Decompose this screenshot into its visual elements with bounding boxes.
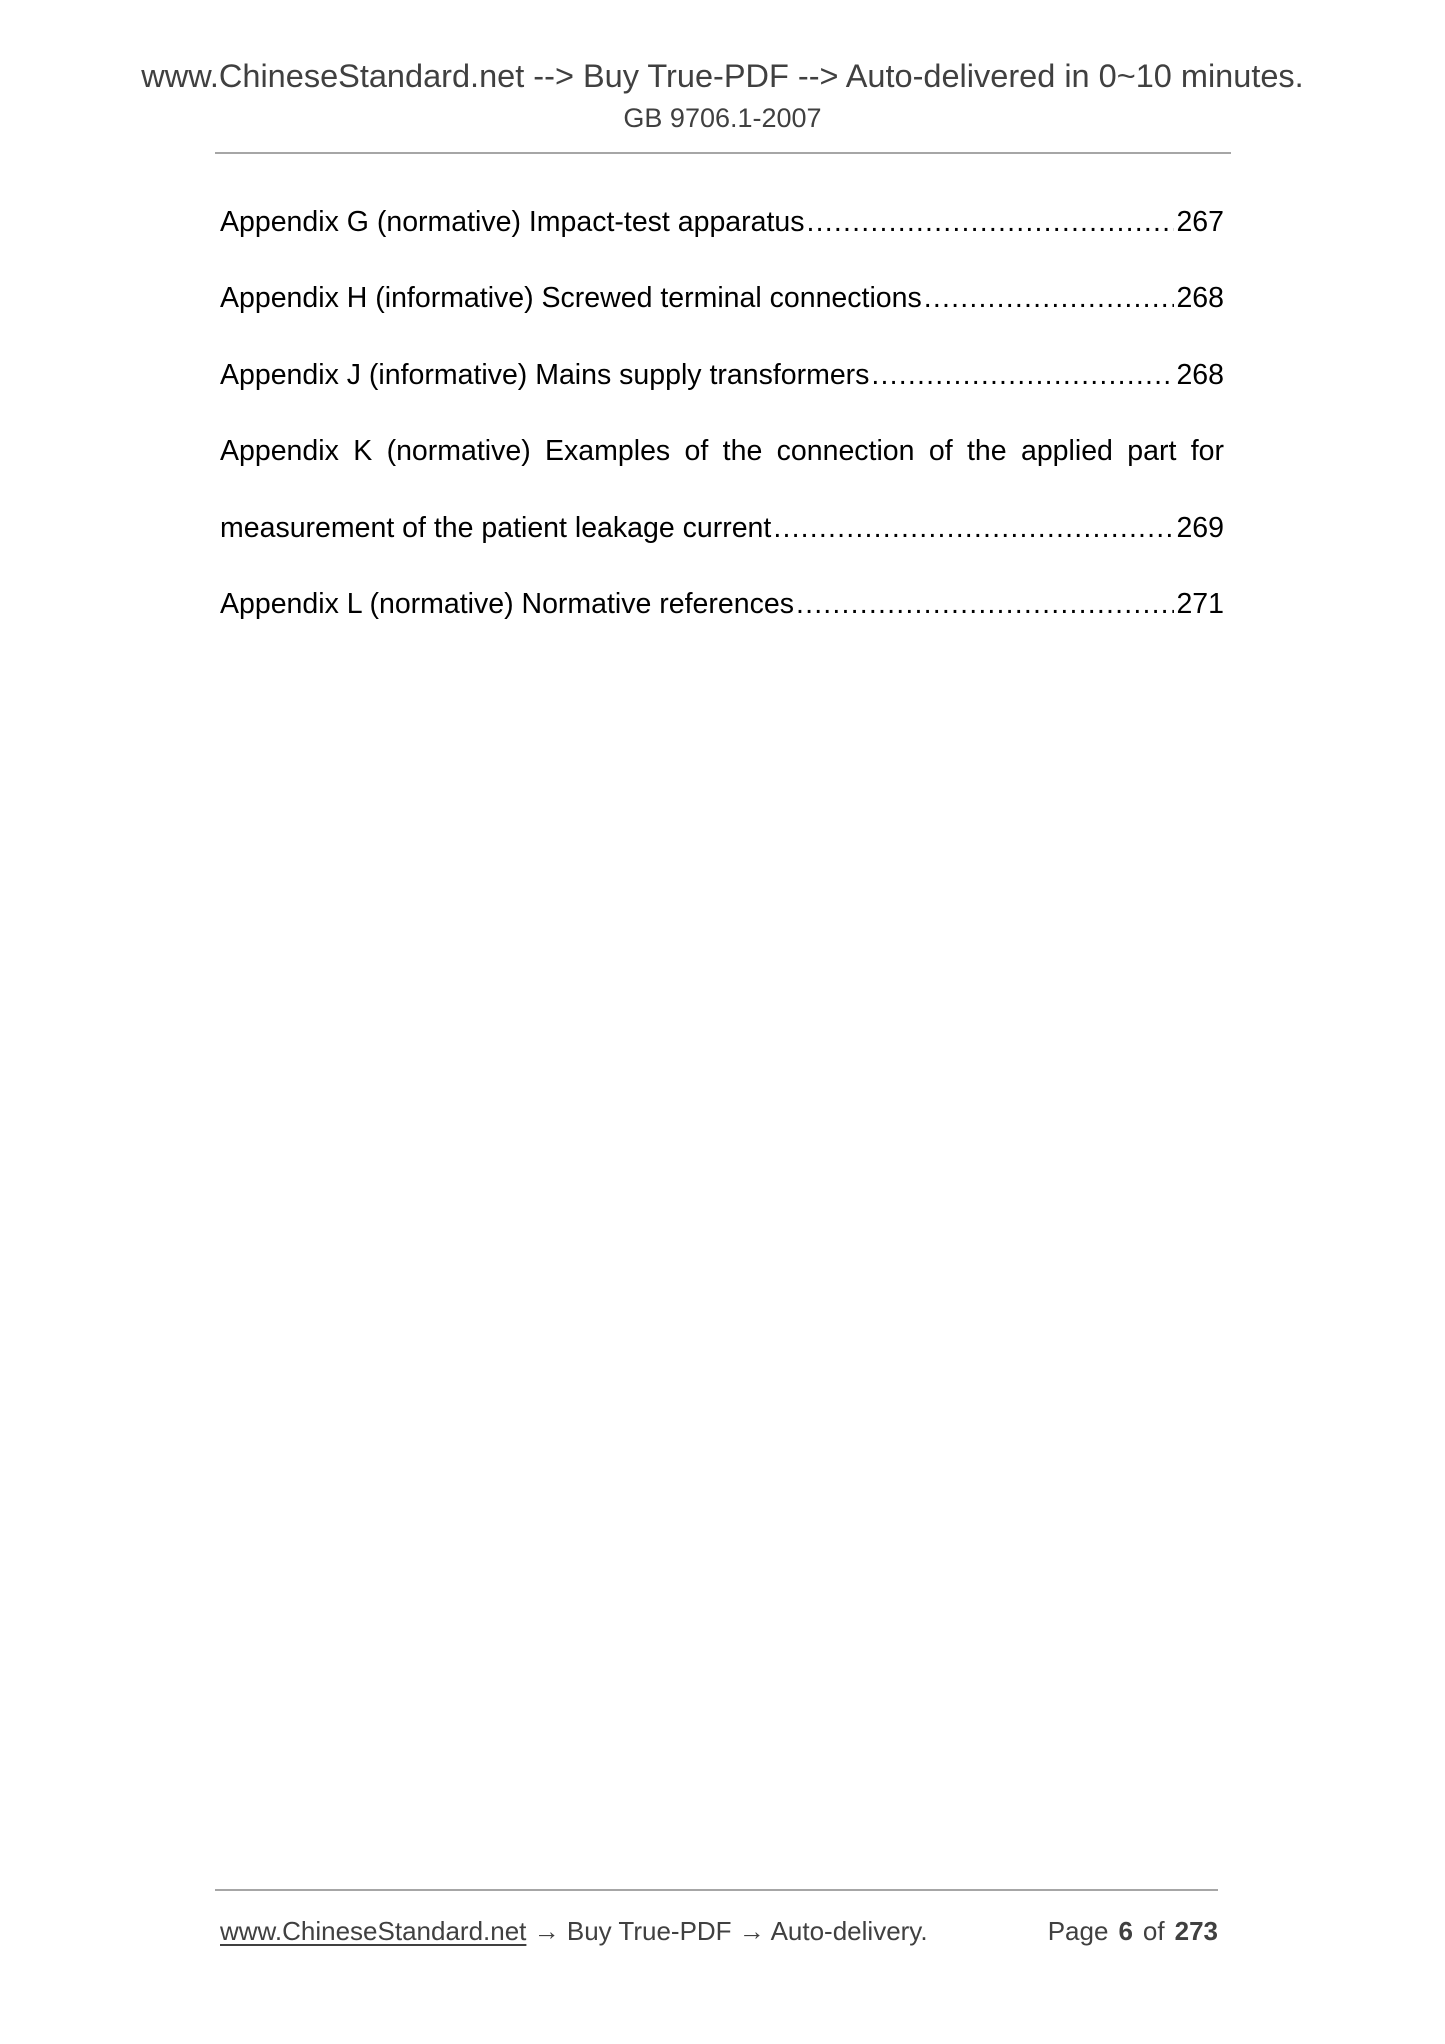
toc-entry-appendix-k-line1[interactable]: Appendix K (normative) Examples of the c… xyxy=(220,433,1224,509)
toc-entry-appendix-k-line2[interactable]: measurement of the patient leakage curre… xyxy=(220,510,1224,586)
toc-entry-appendix-l[interactable]: Appendix L (normative) Normative referen… xyxy=(220,586,1224,662)
toc-entry-title: Appendix G (normative) Impact-test appar… xyxy=(220,204,805,240)
toc-entry-appendix-h[interactable]: Appendix H (informative) Screwed termina… xyxy=(220,280,1224,356)
current-page: 6 xyxy=(1118,1916,1132,1946)
toc-entry-title: Appendix K (normative) Examples of the c… xyxy=(220,433,1224,469)
toc-entry-appendix-j[interactable]: Appendix J (informative) Mains supply tr… xyxy=(220,357,1224,433)
header-divider xyxy=(215,152,1231,154)
toc-entry-page: 269 xyxy=(1176,510,1224,546)
footer: www.ChineseStandard.net → Buy True-PDF →… xyxy=(220,1914,1218,1948)
toc-entry-title: Appendix J (informative) Mains supply tr… xyxy=(220,357,869,393)
footer-promo: www.ChineseStandard.net → Buy True-PDF →… xyxy=(220,1914,928,1948)
of-label: of xyxy=(1143,1916,1165,1946)
toc-entry-page: 267 xyxy=(1176,204,1224,240)
toc-entry-page: 268 xyxy=(1176,357,1224,393)
toc-entry-page: 268 xyxy=(1176,280,1224,316)
page-indicator: Page6of273 xyxy=(1048,1914,1218,1948)
toc-entry-appendix-g[interactable]: Appendix G (normative) Impact-test appar… xyxy=(220,204,1224,280)
standard-number: GB 9706.1-2007 xyxy=(0,102,1445,134)
dot-leader xyxy=(924,280,1175,316)
toc-entry-title: Appendix H (informative) Screwed termina… xyxy=(220,280,922,316)
toc-entry-page: 271 xyxy=(1176,586,1224,622)
dot-leader xyxy=(773,510,1174,546)
footer-promo-text: → Buy True-PDF → Auto-delivery. xyxy=(526,1916,927,1946)
header-banner: www.ChineseStandard.net --> Buy True-PDF… xyxy=(0,56,1445,96)
table-of-contents: Appendix G (normative) Impact-test appar… xyxy=(220,204,1224,662)
page-label: Page xyxy=(1048,1916,1109,1946)
toc-entry-title: Appendix L (normative) Normative referen… xyxy=(220,586,794,622)
dot-leader xyxy=(871,357,1174,393)
total-pages: 273 xyxy=(1175,1916,1218,1946)
dot-leader xyxy=(807,204,1175,240)
website-link[interactable]: www.ChineseStandard.net xyxy=(220,1916,526,1946)
toc-entry-title-continued: measurement of the patient leakage curre… xyxy=(220,510,771,546)
footer-divider xyxy=(215,1889,1218,1891)
dot-leader xyxy=(796,586,1174,622)
